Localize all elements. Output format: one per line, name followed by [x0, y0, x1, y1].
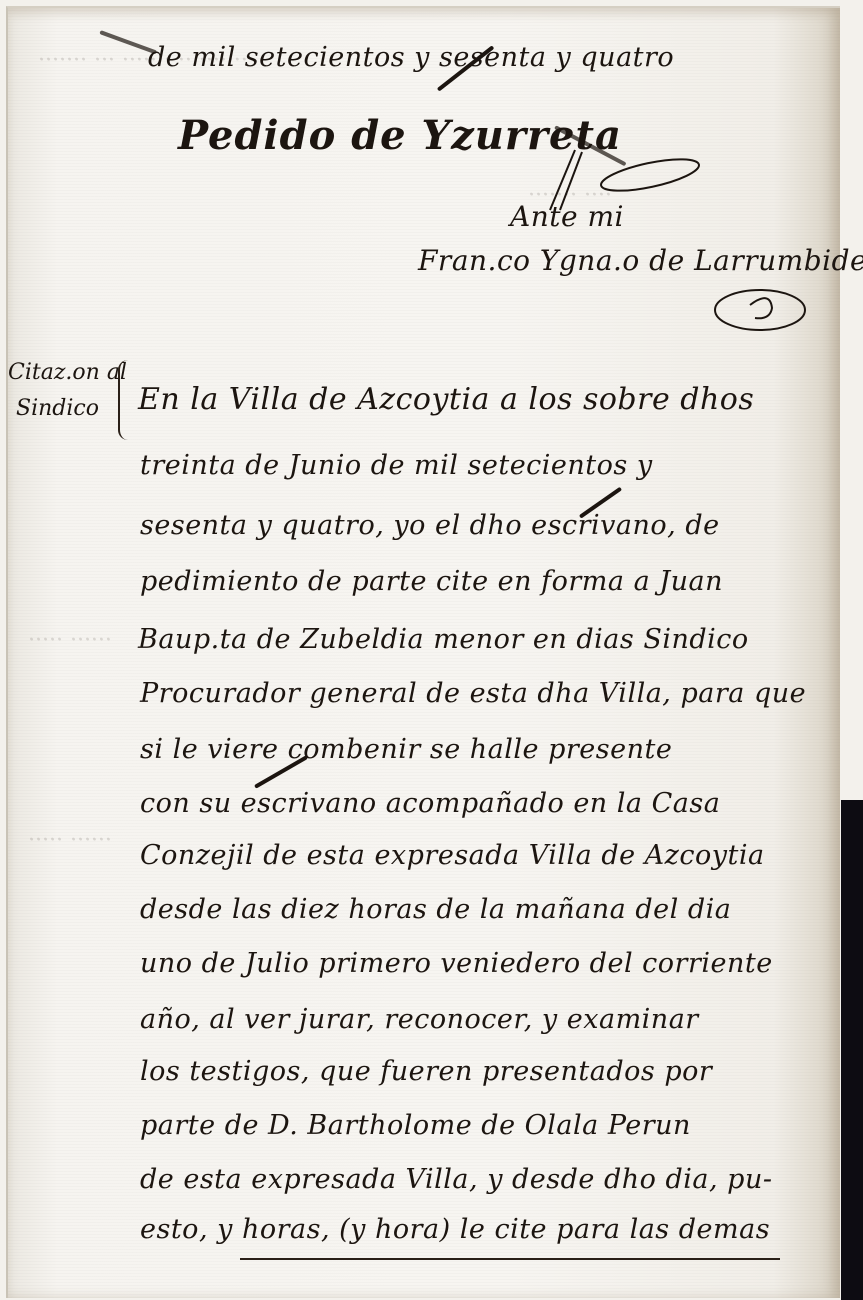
header-line: de mil setecientos y sesenta y quatro — [148, 42, 674, 73]
body-line: año, al ver jurar, reconocer, y examinar — [140, 1004, 699, 1035]
body-line: En la Villa de Azcoytia a los sobre dhos — [138, 382, 754, 417]
body-line: Conzejil de esta expresada Villa de Azco… — [140, 840, 765, 871]
signature-rubric-icon — [710, 280, 820, 340]
closing-rule-line — [240, 1258, 780, 1260]
rubric-flourish-icon — [530, 140, 710, 220]
body-line: pedimiento de parte cite en forma a Juan — [140, 566, 723, 597]
margin-note-line-1: Citaz.on al — [8, 360, 127, 385]
body-line: parte de D. Bartholome de Olala Perun — [140, 1110, 691, 1141]
notary-signature: Fran.co Ygna.o de Larrumbide — [418, 244, 863, 277]
body-line: desde las diez horas de la mañana del di… — [140, 894, 731, 925]
margin-brace — [118, 360, 134, 440]
body-line: Baup.ta de Zubeldia menor en dias Sindic… — [138, 624, 749, 655]
bleed-through-text: ······ ····· — [28, 828, 112, 853]
body-line: treinta de Junio de mil setecientos y — [140, 450, 653, 481]
body-line: Procurador general de esta dha Villa, pa… — [140, 678, 806, 709]
scan-background-edge — [841, 800, 863, 1300]
body-line: con su escrivano acompañado en la Casa — [140, 788, 720, 819]
bleed-through-text: ······ ····· — [28, 628, 112, 653]
body-line: uno de Julio primero veniedero del corri… — [140, 948, 773, 979]
body-line: los testigos, que fueren presentados por — [140, 1056, 712, 1087]
body-line: si le viere combenir se halle presente — [140, 734, 672, 765]
body-line: esto, y horas, (y hora) le cite para las… — [140, 1214, 770, 1245]
margin-note-line-2: Sindico — [16, 396, 99, 421]
body-line: de esta expresada Villa, y desde dho dia… — [140, 1164, 772, 1195]
body-line: sesenta y quatro, yo el dho escrivano, d… — [140, 510, 720, 541]
